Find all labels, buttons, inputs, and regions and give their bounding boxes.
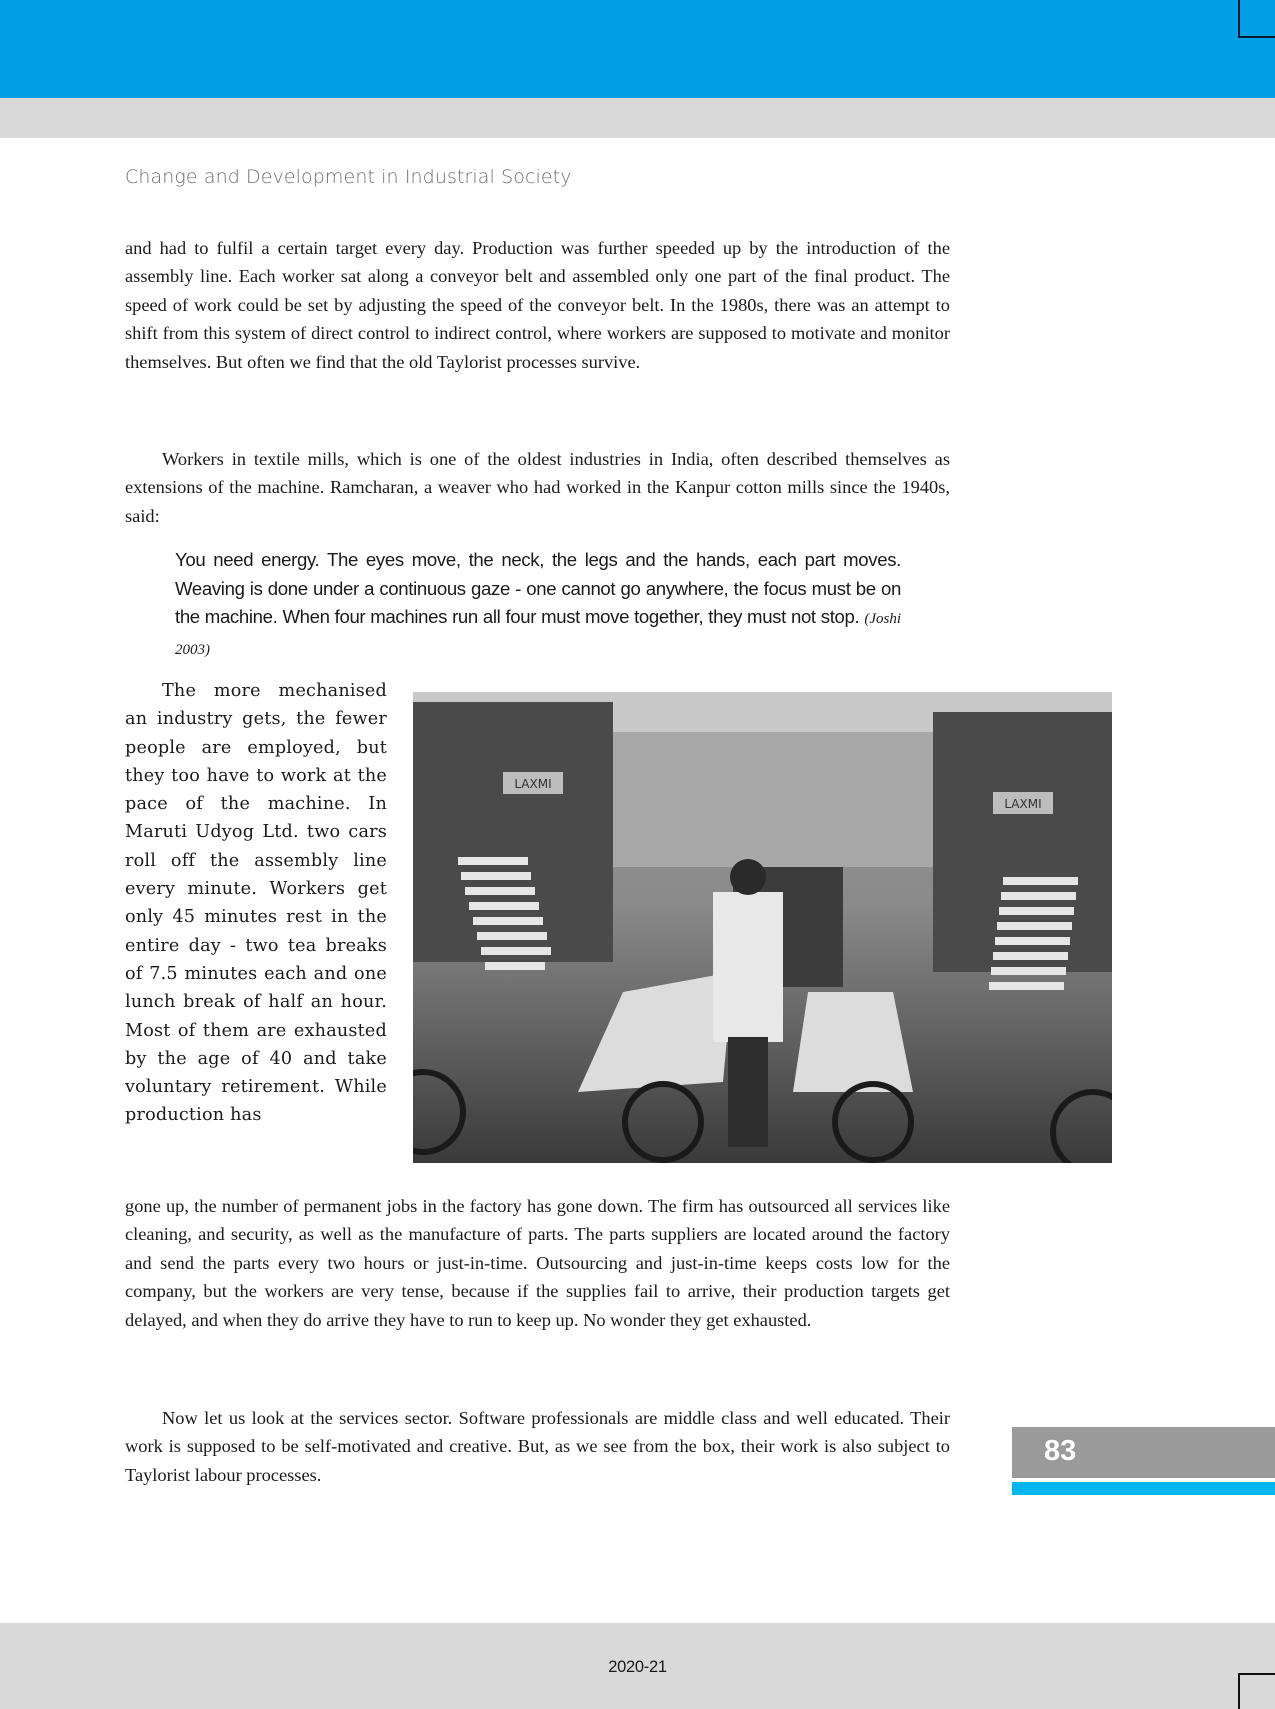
paragraph-1-text: and had to fulfil a certain target every…	[125, 234, 950, 376]
paragraph-3-continued-text: gone up, the number of permanent jobs in…	[125, 1192, 950, 1334]
paragraph-2-text: Workers in textile mills, which is one o…	[125, 445, 950, 530]
page-number: 83	[1044, 1435, 1076, 1468]
page-number-block: 83	[1012, 1427, 1275, 1478]
loom-label-right: LAXMI	[1004, 797, 1041, 811]
page-number-accent-bar	[1012, 1482, 1275, 1495]
paragraph-1: and had to fulfil a certain target every…	[125, 234, 950, 376]
header-strip	[0, 98, 1275, 138]
crop-mark-top-right	[1238, 0, 1275, 38]
running-head: Change and Development in Industrial Soc…	[125, 166, 572, 188]
quote-text: You need energy. The eyes move, the neck…	[175, 549, 901, 627]
textile-mill-photo: LAXMI LAXMI	[413, 692, 1112, 1163]
footer-band: 2020-21	[0, 1623, 1275, 1709]
paragraph-3-wrapped-text: The more mechanised an industry gets, th…	[125, 677, 387, 1130]
header-band	[0, 0, 1275, 98]
loom-photo-illustration: LAXMI LAXMI	[413, 692, 1112, 1163]
loom-label: LAXMI	[514, 777, 551, 791]
paragraph-4-text: Now let us look at the services sector. …	[125, 1404, 950, 1489]
paragraph-3-wrapped-column: The more mechanised an industry gets, th…	[125, 677, 387, 1130]
paragraph-2: Workers in textile mills, which is one o…	[125, 445, 950, 530]
paragraph-3-continued: gone up, the number of permanent jobs in…	[125, 1192, 950, 1334]
crop-mark-bottom-right	[1238, 1673, 1275, 1709]
footer-year: 2020-21	[0, 1658, 1275, 1677]
paragraph-4: Now let us look at the services sector. …	[125, 1404, 950, 1489]
block-quote: You need energy. The eyes move, the neck…	[175, 546, 901, 664]
